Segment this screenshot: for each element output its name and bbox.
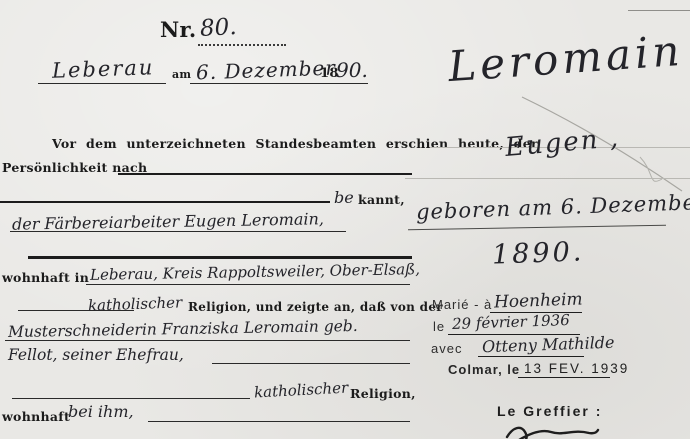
blank-rule bbox=[28, 256, 412, 259]
record-number-underline bbox=[198, 44, 286, 46]
marriage-date-entry: 29 février 1936 bbox=[452, 311, 570, 333]
registry-place-label: Colmar, le bbox=[448, 362, 520, 377]
residence-rule bbox=[86, 284, 410, 285]
religion2-print: Religion, bbox=[350, 386, 416, 401]
religion1-print: Religion, und zeigte an, daß von der bbox=[188, 300, 443, 314]
known-print: kannt, bbox=[358, 192, 405, 207]
residence2-label: wohnhaft bbox=[2, 409, 70, 424]
year-hand: 90. bbox=[336, 58, 368, 82]
known-hand-entry: be bbox=[334, 188, 354, 207]
form-intro-line: Vor dem unterzeichneten Standesbeamten e… bbox=[52, 136, 412, 151]
scan-edge-artifact bbox=[628, 10, 690, 11]
record-date: 6. Dezember bbox=[196, 56, 337, 85]
record-place: Leberau bbox=[52, 55, 155, 83]
clerk-label: Le Greffier : bbox=[497, 403, 602, 419]
mother-entry-line2: Fellot, seiner Ehefrau, bbox=[8, 346, 184, 364]
margin-birth-year: 1890. bbox=[491, 236, 584, 270]
marriage-spouse-entry: Otteny Mathilde bbox=[482, 333, 615, 357]
declarant-rule bbox=[10, 231, 346, 232]
birth-line-rule bbox=[408, 225, 666, 231]
scanned-birth-record: Nr. 80. Leberau am 6. Dezember 18 90. Vo… bbox=[0, 0, 690, 439]
marriage-date-label: le bbox=[433, 319, 445, 334]
record-number-label: Nr. bbox=[160, 17, 197, 42]
date-am-label: am bbox=[172, 68, 191, 81]
marriage-spouse-label: avec bbox=[431, 341, 462, 356]
residence2-rule bbox=[148, 421, 410, 422]
religion1-entry: katholischer bbox=[88, 293, 183, 314]
record-number-value: 80. bbox=[199, 14, 237, 42]
date-underline bbox=[190, 83, 368, 84]
residence-label: wohnhaft in bbox=[2, 270, 89, 285]
known-blank-rule bbox=[0, 201, 330, 203]
marriage-spouse-rule bbox=[478, 356, 584, 357]
registry-stamp-date: 13 FEV. 1939 bbox=[524, 361, 629, 376]
margin-birth-line: geboren am 6. Dezember bbox=[416, 190, 690, 224]
marriage-place-entry: Hoenheim bbox=[494, 289, 583, 312]
mother-rule1 bbox=[5, 340, 410, 341]
mother-rule2 bbox=[212, 363, 410, 364]
residence-entry: Leberau, Kreis Rappoltsweiler, Ober-Elsa… bbox=[90, 260, 420, 284]
marriage-married-label: Marié - à bbox=[432, 297, 492, 312]
residence2-entry: bei ihm, bbox=[68, 402, 134, 421]
place-underline bbox=[38, 83, 166, 84]
religion2-entry: katholischer bbox=[254, 379, 349, 402]
greffier-signature bbox=[505, 424, 600, 439]
mother-entry-line1: Musterschneiderin Franziska Leromain geb… bbox=[8, 317, 358, 341]
margin-surname: Leromain bbox=[447, 26, 685, 91]
registry-date-rule bbox=[518, 377, 610, 378]
identity-blank-rule bbox=[118, 173, 412, 175]
margin-faint-rule-2 bbox=[405, 178, 690, 179]
religion2-blank-rule bbox=[12, 398, 250, 399]
